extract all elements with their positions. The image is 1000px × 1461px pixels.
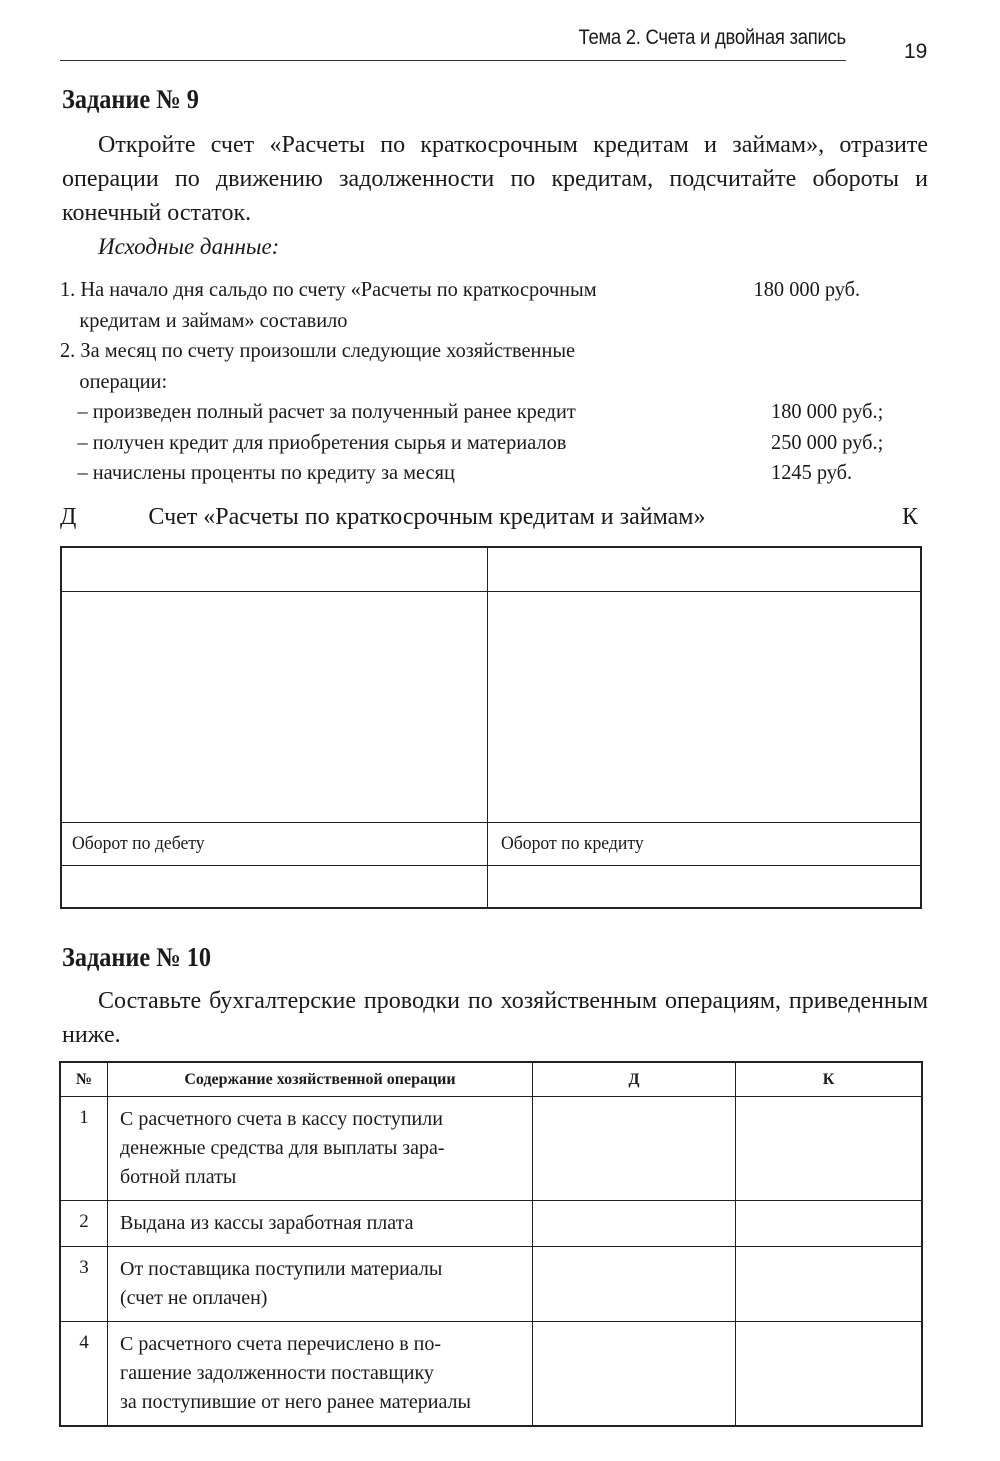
operation-description: От поставщика поступили материалы(счет н… — [108, 1247, 533, 1322]
item-text: 2. За месяц по счету произошли следующие… — [60, 335, 739, 366]
credit-cell[interactable] — [736, 1247, 923, 1322]
task-10-heading: Задание № 10 — [62, 942, 211, 973]
row-number: 4 — [60, 1322, 108, 1427]
item-value — [758, 366, 904, 397]
row-number: 2 — [60, 1201, 108, 1247]
item-text: 1. На начало дня сальдо по счету «Расчет… — [60, 274, 739, 305]
operation-description: С расчетного счета перечислено в по-гаше… — [108, 1322, 533, 1427]
col-description: Содержание хозяйственной операции — [108, 1062, 533, 1097]
source-data-item: операции: — [60, 366, 904, 397]
opening-balance-line — [62, 591, 920, 592]
description-line: гашение задолженности поставщику — [120, 1359, 518, 1388]
operations-table: № Содержание хозяйственной операции Д К … — [59, 1061, 923, 1427]
item-value: 250 000 руб.; — [756, 427, 903, 458]
col-credit: К — [736, 1062, 923, 1097]
credit-cell[interactable] — [736, 1201, 923, 1247]
account-title-row: Д Счет «Расчеты по краткосрочным кредита… — [60, 504, 918, 531]
description-line: денежные средства для выплаты зара- — [120, 1134, 518, 1163]
item-value: 1245 руб. — [756, 457, 903, 488]
task-10-instruction: Составьте бухгалтерские проводки по хозя… — [62, 984, 928, 1052]
task-9-instruction: Откройте счет «Расчеты по краткосрочным … — [62, 128, 928, 230]
table-row: 2Выдана из кассы заработная плата — [60, 1201, 922, 1247]
description-line: Выдана из кассы заработная плата — [120, 1209, 518, 1238]
source-data-item: – получен кредит для приобретения сырья … — [60, 427, 904, 458]
operation-description: Выдана из кассы заработная плата — [108, 1201, 533, 1247]
description-line: С расчетного счета в кассу поступили — [120, 1105, 518, 1134]
account-title: Счет «Расчеты по краткосрочным кредитам … — [76, 504, 902, 531]
task-9-heading: Задание № 9 — [62, 84, 199, 115]
task-9-instruction-text: Откройте счет «Расчеты по краткосрочным … — [62, 132, 928, 226]
description-line: (счет не оплачен) — [120, 1284, 518, 1313]
item-value — [758, 305, 904, 336]
description-line: ботной платы — [120, 1163, 518, 1192]
item-text: – получен кредит для приобретения сырья … — [60, 427, 756, 458]
item-value — [739, 335, 904, 366]
item-text: – произведен полный расчет за полученный… — [60, 396, 756, 427]
page-number: 19 — [904, 40, 927, 64]
table-row: 1С расчетного счета в кассу поступилиден… — [60, 1097, 922, 1201]
source-data-item: 1. На начало дня сальдо по счету «Расчет… — [60, 274, 904, 305]
task-10-instruction-text: Составьте бухгалтерские проводки по хозя… — [62, 988, 928, 1048]
running-header: Тема 2. Счета и двойная запись — [60, 24, 846, 61]
debit-cell[interactable] — [533, 1097, 736, 1201]
turnover-line — [62, 822, 920, 823]
source-data-item: кредитам и займам» составило — [60, 305, 904, 336]
credit-turnover-label: Оборот по кредиту — [501, 833, 644, 855]
debit-cell[interactable] — [533, 1201, 736, 1247]
source-data-label: Исходные данные: — [98, 234, 279, 260]
item-text: кредитам и займам» составило — [60, 305, 758, 336]
description-line: От поставщика поступили материалы — [120, 1255, 518, 1284]
table-header-row: № Содержание хозяйственной операции Д К — [60, 1062, 922, 1097]
credit-mark: К — [902, 504, 918, 531]
item-value: 180 000 руб. — [739, 274, 904, 305]
item-text: операции: — [60, 366, 758, 397]
credit-cell[interactable] — [736, 1322, 923, 1427]
operation-description: С расчетного счета в кассу поступилидене… — [108, 1097, 533, 1201]
item-text: – начислены проценты по кредиту за месяц — [60, 457, 756, 488]
credit-cell[interactable] — [736, 1097, 923, 1201]
row-number: 1 — [60, 1097, 108, 1201]
running-title: Тема 2. Счета и двойная запись — [579, 26, 846, 50]
closing-balance-line — [62, 865, 920, 866]
source-data-item: – начислены проценты по кредиту за месяц… — [60, 457, 904, 488]
description-line: за поступившие от него ранее материалы — [120, 1388, 518, 1417]
col-number: № — [60, 1062, 108, 1097]
item-value: 180 000 руб.; — [756, 396, 903, 427]
debit-turnover-label: Оборот по дебету — [72, 833, 205, 855]
t-account-divider — [487, 548, 488, 907]
source-data-item: 2. За месяц по счету произошли следующие… — [60, 335, 904, 366]
row-number: 3 — [60, 1247, 108, 1322]
t-account-form: Оборот по дебету Оборот по кредиту — [60, 546, 922, 909]
table-row: 4С расчетного счета перечислено в по-гаш… — [60, 1322, 922, 1427]
col-debit: Д — [533, 1062, 736, 1097]
debit-cell[interactable] — [533, 1322, 736, 1427]
debit-cell[interactable] — [533, 1247, 736, 1322]
debit-mark: Д — [60, 504, 76, 531]
table-row: 3От поставщика поступили материалы(счет … — [60, 1247, 922, 1322]
source-data-list: 1. На начало дня сальдо по счету «Расчет… — [60, 274, 904, 488]
description-line: С расчетного счета перечислено в по- — [120, 1330, 518, 1359]
source-data-item: – произведен полный расчет за полученный… — [60, 396, 904, 427]
